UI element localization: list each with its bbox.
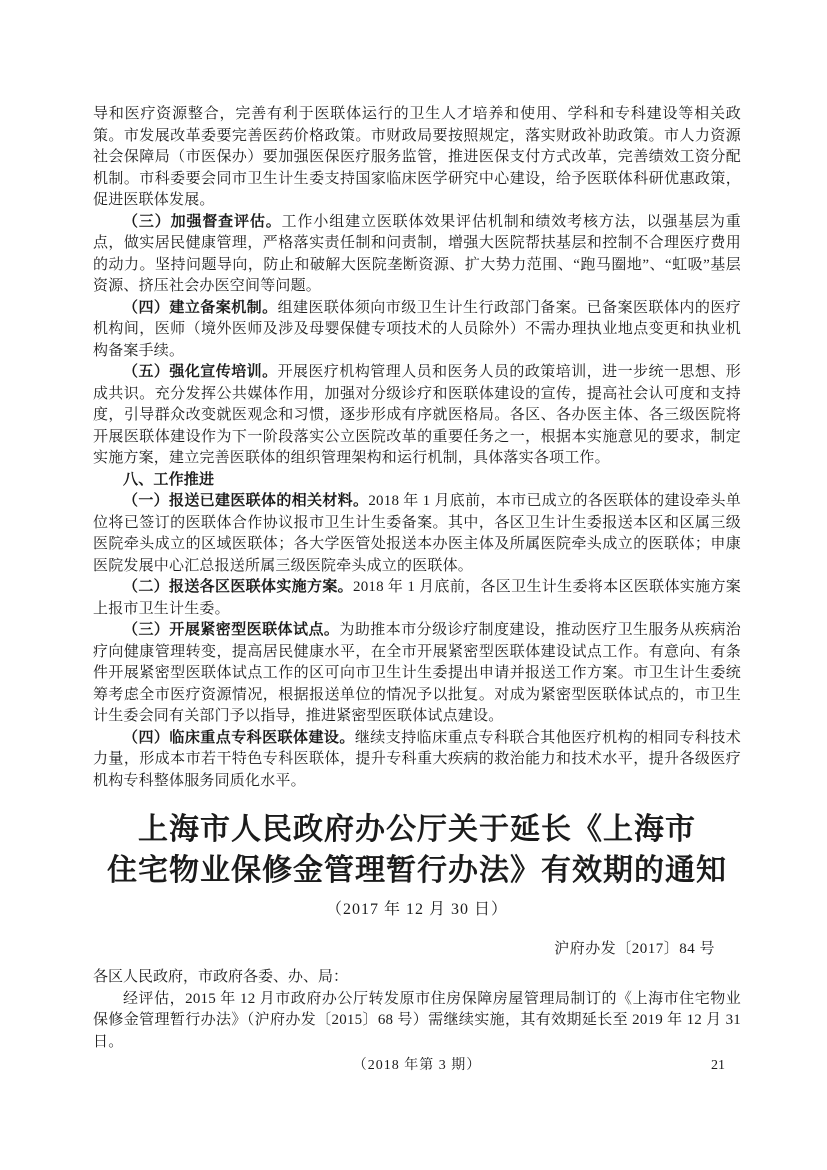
page-number: 21 bbox=[711, 1056, 725, 1076]
notice-title-line2: 住宅物业保修金管理暂行办法》有效期的通知 bbox=[93, 850, 741, 891]
paragraph-lead: （四）建立备案机制。 bbox=[123, 300, 278, 316]
paragraph-lead: （五）强化宣传培训。 bbox=[123, 364, 278, 380]
paragraph-text: 导和医疗资源整合，完善有利于医联体运行的卫生人才培养和使用、学科和专科建设等相关… bbox=[93, 106, 741, 208]
notice-document: 上海市人民政府办公厅关于延长《上海市 住宅物业保修金管理暂行办法》有效期的通知 … bbox=[93, 809, 741, 1053]
paragraph-lead: （一）报送已建医联体的相关材料。 bbox=[123, 493, 368, 509]
notice-title-line1: 上海市人民政府办公厅关于延长《上海市 bbox=[93, 809, 741, 850]
body-paragraph: （一）报送已建医联体的相关材料。2018 年 1 月底前，本市已成立的各医联体的… bbox=[93, 491, 741, 577]
notice-body-paragraph: 经评估，2015 年 12 月市政府办公厅转发原市住房保障房屋管理局制订的《上海… bbox=[93, 989, 741, 1054]
paragraph-lead: （四）临床重点专科医联体建设。 bbox=[123, 730, 355, 746]
gazette-issue: （2018 年第 3 期） bbox=[93, 1056, 741, 1076]
body-paragraph: （四）临床重点专科医联体建设。继续支持临床重点专科联合其他医疗机构的相同专科技术… bbox=[93, 728, 741, 793]
body-paragraph: 导和医疗资源整合，完善有利于医联体运行的卫生人才培养和使用、学科和专科建设等相关… bbox=[93, 104, 741, 212]
notice-title: 上海市人民政府办公厅关于延长《上海市 住宅物业保修金管理暂行办法》有效期的通知 bbox=[93, 809, 741, 891]
paragraph-lead: （三）开展紧密型医联体试点。 bbox=[123, 622, 339, 638]
body-paragraph: （三）加强督查评估。工作小组建立医联体效果评估机制和绩效考核方法，以强基层为重点… bbox=[93, 212, 741, 298]
body-paragraph: （四）建立备案机制。组建医联体须向市级卫生计生行政部门备案。已备案医联体内的医疗… bbox=[93, 298, 741, 363]
section-heading-text: 八、工作推进 bbox=[123, 472, 214, 488]
body-paragraph: （五）强化宣传培训。开展医疗机构管理人员和医务人员的政策培训，进一步统一思想、形… bbox=[93, 362, 741, 470]
previous-document-continuation: 导和医疗资源整合，完善有利于医联体运行的卫生人才培养和使用、学科和专科建设等相关… bbox=[93, 104, 741, 792]
page-footer: （2018 年第 3 期） 21 bbox=[93, 1056, 741, 1076]
notice-date: （2017 年 12 月 30 日） bbox=[93, 896, 741, 919]
body-paragraph: （三）开展紧密型医联体试点。为助推本市分级诊疗制度建设，推动医疗卫生服务从疾病治… bbox=[93, 620, 741, 728]
body-paragraph: （二）报送各区医联体实施方案。2018 年 1 月底前，各区卫生计生委将本区医联… bbox=[93, 577, 741, 620]
paragraph-lead: （三）加强督查评估。 bbox=[123, 214, 282, 230]
notice-salutation: 各区人民政府，市政府各委、办、局： bbox=[93, 967, 741, 989]
page-content: 导和医疗资源整合，完善有利于医联体运行的卫生人才培养和使用、学科和专科建设等相关… bbox=[93, 104, 741, 1053]
document-number: 沪府办发〔2017〕84 号 bbox=[93, 937, 741, 958]
paragraph-lead: （二）报送各区医联体实施方案。 bbox=[123, 579, 353, 595]
gazette-page: 导和医疗资源整合，完善有利于医联体运行的卫生人才培养和使用、学科和专科建设等相关… bbox=[0, 0, 827, 1170]
section-heading: 八、工作推进 bbox=[93, 470, 741, 492]
